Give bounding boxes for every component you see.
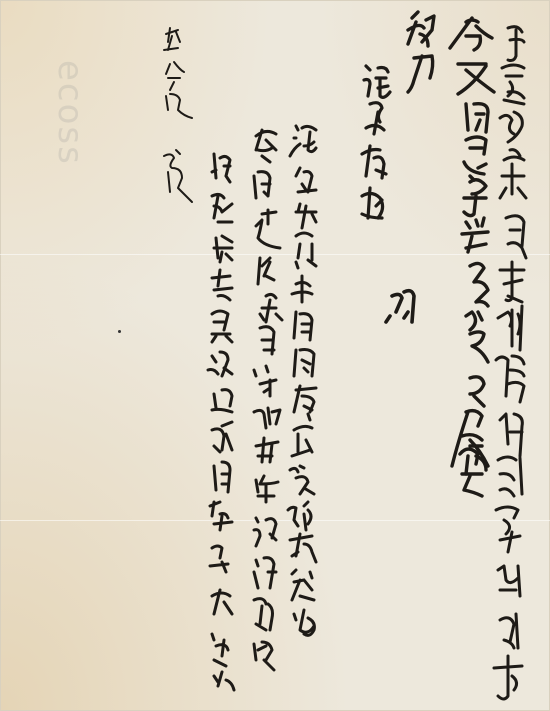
letter-paper: ecoss 手書循案 四足可務抑碩廣明成巨奇判新古 今又何患乎學無進緒岌岌勉 努… [0, 0, 550, 711]
handwriting-ink [0, 0, 550, 711]
ink-speck [118, 330, 121, 333]
